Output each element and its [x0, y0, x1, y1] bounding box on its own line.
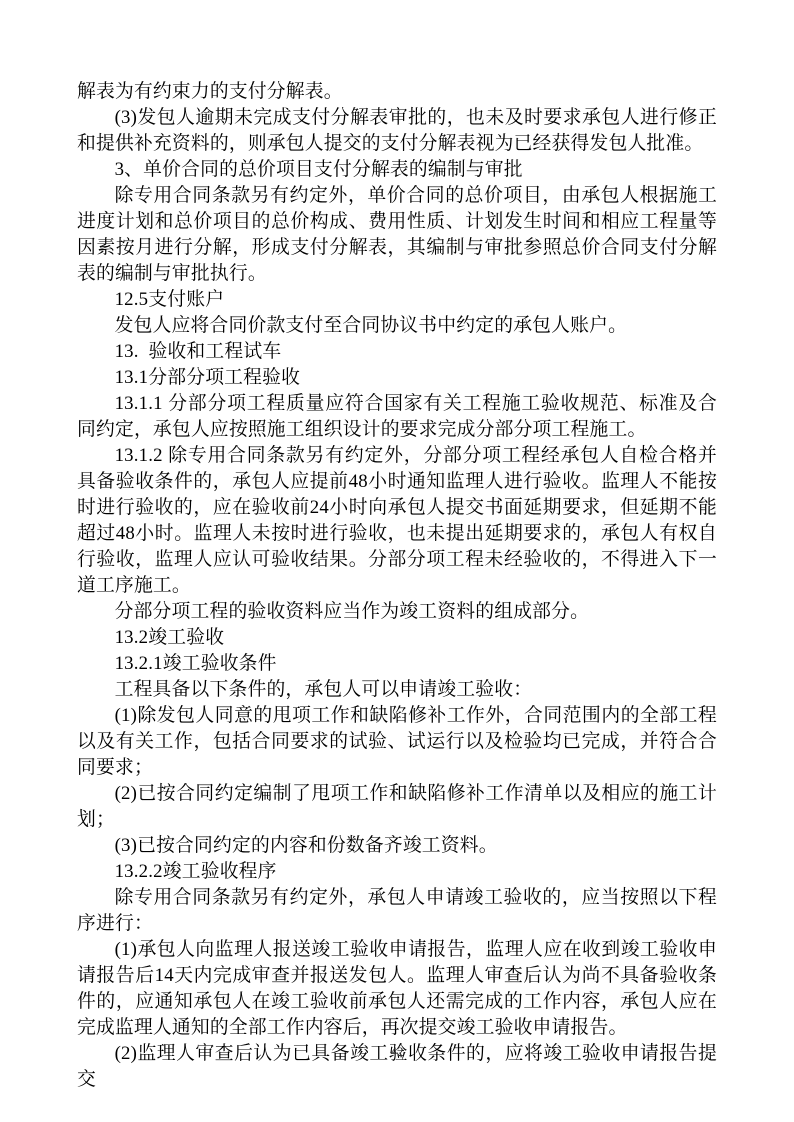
paragraph: 12.5支付账户	[77, 287, 717, 313]
paragraph: 发包人应将合同价款支付至合同协议书中约定的承包人账户。	[77, 313, 717, 339]
paragraph: 13.1分部分项工程验收	[77, 365, 717, 391]
paragraph: 13.2.1竣工验收条件	[77, 651, 717, 677]
paragraph: (1)承包人向监理人报送竣工验收申请报告，监理人应在收到竣工验收申请报告后14天…	[77, 937, 717, 1041]
paragraph: (3)发包人逾期未完成支付分解表审批的，也未及时要求承包人进行修正和提供补充资料…	[77, 105, 717, 157]
paragraph: 13.2竣工验收	[77, 625, 717, 651]
paragraph: 分部分项工程的验收资料应当作为竣工资料的组成部分。	[77, 599, 717, 625]
paragraph: 工程具备以下条件的，承包人可以申请竣工验收：	[77, 677, 717, 703]
paragraph: 除专用合同条款另有约定外，单价合同的总价项目，由承包人根据施工进度计划和总价项目…	[77, 183, 717, 287]
paragraph: (1)除发包人同意的甩项工作和缺陷修补工作外，合同范围内的全部工程以及有关工作，…	[77, 703, 717, 781]
paragraph: 3、单价合同的总价项目支付分解表的编制与审批	[77, 157, 717, 183]
paragraph: (3)已按合同约定的内容和份数备齐竣工资料。	[77, 833, 717, 859]
document-body: 解表为有约束力的支付分解表。(3)发包人逾期未完成支付分解表审批的，也未及时要求…	[77, 79, 717, 1093]
paragraph: 13.1.1 分部分项工程质量应符合国家有关工程施工验收规范、标准及合同约定，承…	[77, 391, 717, 443]
paragraph: (2)已按合同约定编制了甩项工作和缺陷修补工作清单以及相应的施工计划；	[77, 781, 717, 833]
paragraph: 除专用合同条款另有约定外，承包人申请竣工验收的，应当按照以下程序进行：	[77, 885, 717, 937]
paragraph: 13.2.2竣工验收程序	[77, 859, 717, 885]
page-number: 42	[0, 1044, 794, 1060]
paragraph: 解表为有约束力的支付分解表。	[77, 79, 717, 105]
document-page: 解表为有约束力的支付分解表。(3)发包人逾期未完成支付分解表审批的，也未及时要求…	[0, 0, 794, 1122]
paragraph: 13. 验收和工程试车	[77, 339, 717, 365]
paragraph: 13.1.2 除专用合同条款另有约定外，分部分项工程经承包人自检合格并具备验收条…	[77, 443, 717, 599]
